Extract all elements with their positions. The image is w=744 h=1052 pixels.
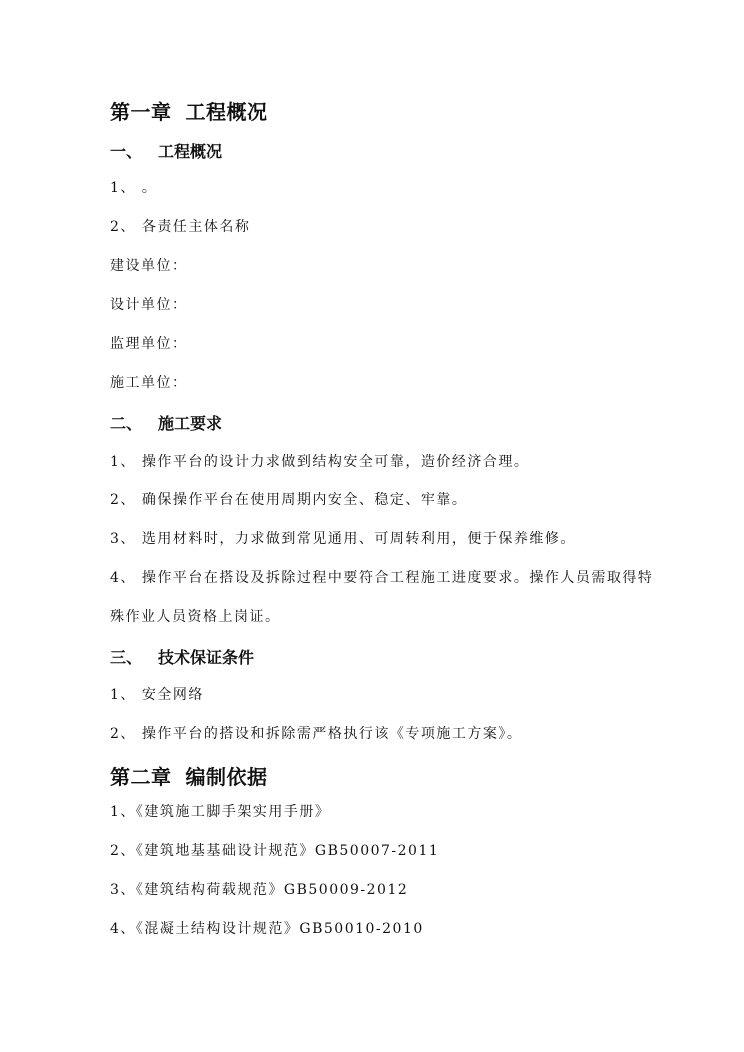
chapter-1-title: 第一章工程概况 (110, 96, 268, 125)
reference-item: 4、《混凝土结构设计规范》GB50010-2010 (110, 918, 424, 938)
reference-item: 3、《建筑结构荷载规范》GB50009-2012 (110, 879, 408, 899)
paragraph: 施工单位： (110, 372, 188, 392)
paragraph: 2、 确保操作平台在使用周期内安全、稳定、牢靠。 (110, 489, 467, 509)
chapter-2-title: 第二章编制依据 (110, 761, 268, 790)
section-1-heading: 一、工程概况 (110, 139, 222, 162)
chapter-text: 编制依据 (186, 765, 268, 789)
reference-item: 1、《建筑施工脚手架实用手册》 (110, 801, 330, 821)
paragraph: 1、 。 (110, 177, 157, 197)
section-title: 技术保证条件 (158, 648, 254, 667)
paragraph: 1、 操作平台的设计力求做到结构安全可靠，造价经济合理。 (110, 451, 529, 471)
paragraph: 设计单位： (110, 294, 188, 314)
section-3-heading: 三、技术保证条件 (110, 645, 254, 668)
reference-item: 2、《建筑地基基础设计规范》GB50007-2011 (110, 840, 439, 860)
section-number: 三、 (110, 645, 158, 668)
chapter-number: 第一章 (110, 100, 172, 124)
section-number: 二、 (110, 411, 158, 434)
chapter-number: 第二章 (110, 765, 172, 789)
paragraph: 2、 操作平台的搭设和拆除需严格执行该《专项施工方案》。 (110, 723, 522, 743)
paragraph: 监理单位： (110, 333, 188, 353)
paragraph: 3、 选用材料时，力求做到常见通用、可周转利用，便于保养维修。 (110, 528, 576, 548)
paragraph: 4、 操作平台在搭设及拆除过程中要符合工程施工进度要求。操作人员需取得特 (110, 567, 653, 587)
paragraph: 2、 各责任主体名称 (110, 216, 250, 236)
paragraph: 1、 安全网络 (110, 684, 204, 704)
paragraph: 建设单位： (110, 255, 188, 275)
section-2-heading: 二、施工要求 (110, 411, 222, 434)
paragraph: 殊作业人员资格上岗证。 (110, 606, 281, 626)
section-number: 一、 (110, 139, 158, 162)
chapter-text: 工程概况 (186, 100, 268, 124)
section-title: 工程概况 (158, 142, 222, 161)
section-title: 施工要求 (158, 414, 222, 433)
